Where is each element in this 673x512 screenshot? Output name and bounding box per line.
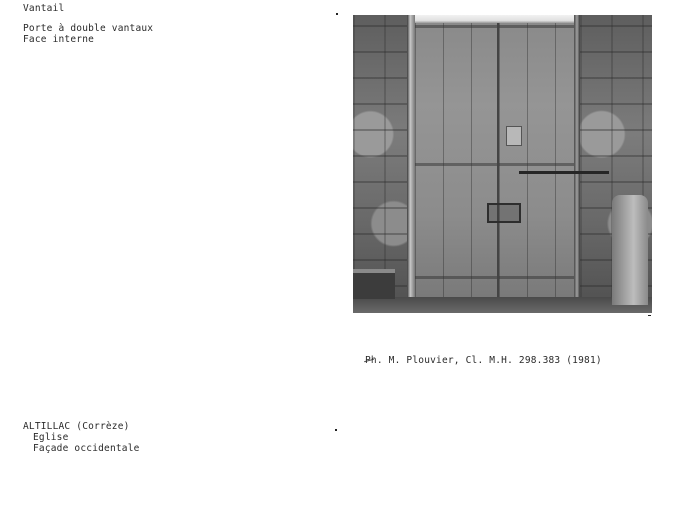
- holy-water-font: [612, 195, 648, 305]
- location-part: Façade occidentale: [33, 443, 140, 454]
- door-jamb-right: [574, 15, 580, 313]
- record-subtitle: Porte à double vantaux: [23, 23, 153, 34]
- wooden-double-door: [415, 23, 574, 297]
- transom-light: [413, 15, 574, 23]
- iron-bar: [519, 171, 609, 174]
- posted-notice: [506, 126, 522, 146]
- door-rail-middle: [415, 163, 574, 166]
- speck: [335, 429, 337, 431]
- door-lock: [487, 203, 521, 223]
- door-photograph: [353, 15, 652, 313]
- threshold-floor: [353, 297, 652, 313]
- location-commune: ALTILLAC (Corrèze): [23, 421, 130, 432]
- door-jamb-left: [407, 15, 415, 313]
- stone-bench: [353, 269, 395, 299]
- record-title: Vantail: [23, 3, 64, 14]
- speck: [336, 13, 338, 15]
- location-building: Eglise: [33, 432, 69, 443]
- door-leaf-split: [497, 23, 499, 297]
- photo-credit: Ph. M. Plouvier, Cl. M.H. 298.383 (1981): [365, 355, 602, 366]
- door-rail-top: [415, 25, 574, 28]
- speck: [648, 315, 651, 316]
- record-subtitle-detail: Face interne: [23, 34, 94, 45]
- door-rail-bottom: [415, 276, 574, 279]
